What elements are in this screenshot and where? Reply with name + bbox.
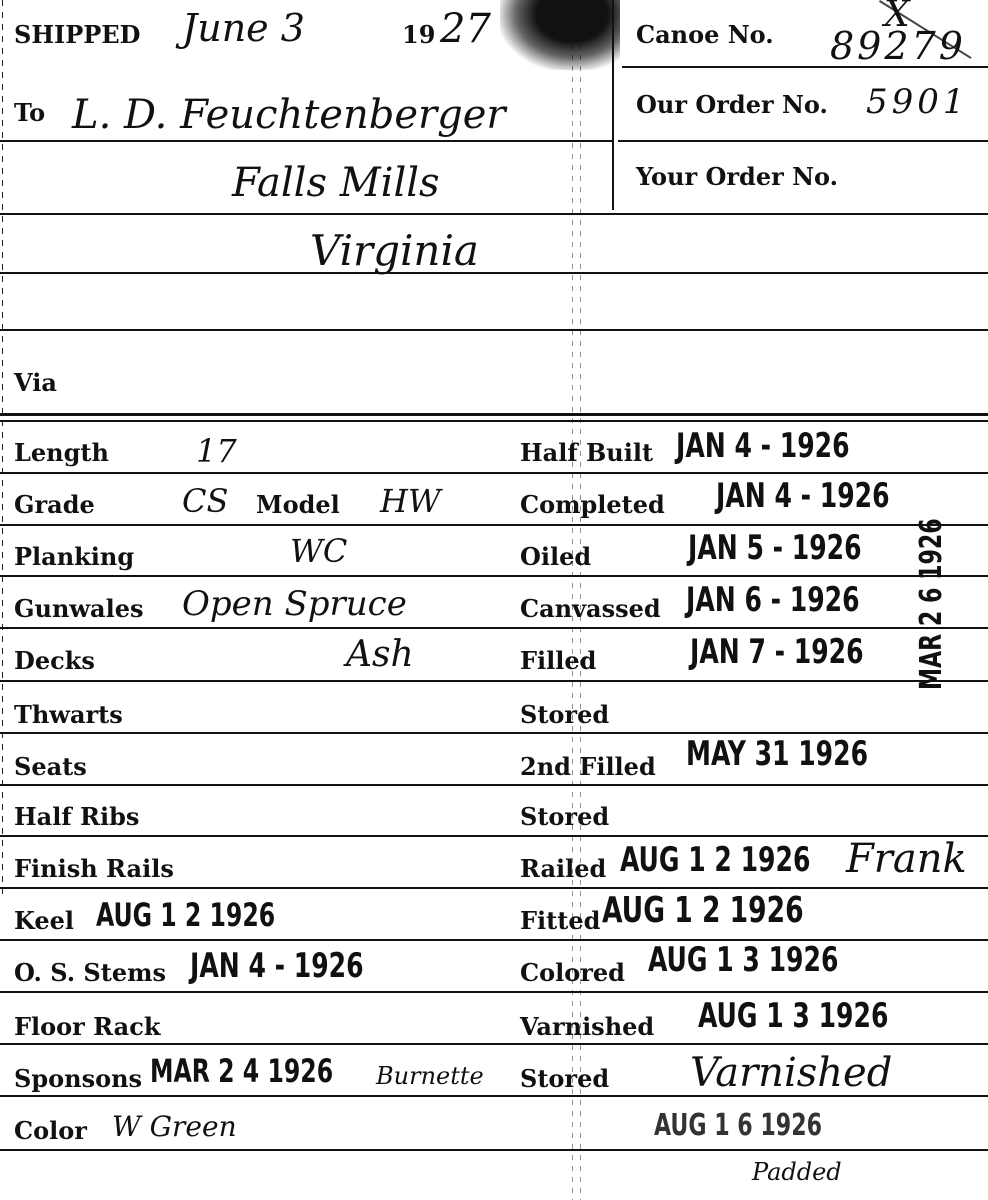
rule	[0, 627, 988, 629]
model-value: HW	[380, 482, 441, 520]
keel-stamp: AUG 1 2 1926	[96, 896, 275, 934]
canoe-build-record-card: SHIPPED June 3 19 27 Canoe No. 89279 X O…	[0, 0, 988, 1200]
finish-rails-label: Finish Rails	[14, 854, 174, 883]
sponsons-signature: Burnette	[376, 1062, 484, 1090]
completed-stamp: JAN 4 - 1926	[716, 476, 890, 516]
stored-label-3: Stored	[520, 1064, 609, 1093]
left-card-edge	[2, 0, 3, 900]
filled-stamp: JAN 7 - 1926	[690, 632, 864, 672]
rule	[0, 140, 612, 142]
shipped-date: June 3	[182, 6, 305, 50]
canoe-no-label: Canoe No.	[636, 20, 774, 49]
rule	[0, 1043, 988, 1045]
grade-label: Grade	[14, 490, 95, 519]
bottom-date-stamp: AUG 1 6 1926	[654, 1108, 822, 1143]
color-label: Color	[14, 1116, 87, 1145]
rule	[0, 887, 988, 889]
color-value: W Green	[112, 1110, 237, 1143]
rule	[0, 472, 988, 474]
rule	[0, 213, 988, 215]
rotated-date-stamp: MAR 2 6 1926	[914, 518, 949, 690]
sponsons-label: Sponsons	[14, 1064, 142, 1093]
header-divider	[612, 0, 614, 210]
canvassed-stamp: JAN 6 - 1926	[686, 580, 860, 620]
decks-label: Decks	[14, 646, 95, 675]
model-label: Model	[256, 490, 340, 519]
length-value: 17	[196, 432, 237, 470]
to-label: To	[14, 98, 45, 127]
second-filled-stamp: MAY 31 1926	[686, 734, 868, 774]
ink-smudge	[500, 0, 620, 70]
half-built-label: Half Built	[520, 438, 653, 467]
varnished-label: Varnished	[520, 1012, 654, 1041]
rule	[0, 680, 988, 682]
to-state: Virginia	[310, 226, 479, 275]
keel-label: Keel	[14, 906, 74, 935]
colored-stamp: AUG 1 3 1926	[648, 940, 838, 980]
canvassed-label: Canvassed	[520, 594, 661, 623]
canoe-check-mark: X	[884, 0, 910, 35]
os-stems-label: O. S. Stems	[14, 958, 166, 987]
rule	[0, 991, 988, 993]
double-rule-bottom	[0, 420, 988, 422]
half-built-stamp: JAN 4 - 1926	[676, 426, 850, 466]
half-ribs-label: Half Ribs	[14, 802, 139, 831]
rule	[622, 66, 988, 68]
via-label: Via	[14, 368, 57, 397]
railed-stamp: AUG 1 2 1926	[620, 840, 810, 880]
shipped-label: SHIPPED	[14, 20, 140, 49]
our-order-value: 5901	[866, 82, 969, 122]
our-order-label: Our Order No.	[636, 90, 828, 119]
completed-label: Completed	[520, 490, 665, 519]
rule	[0, 784, 988, 786]
length-label: Length	[14, 438, 109, 467]
stored-varnished-signature: Varnished	[690, 1050, 892, 1096]
shipped-year-suffix: 27	[440, 6, 491, 52]
rule	[0, 835, 988, 837]
fitted-label: Fitted	[520, 906, 600, 935]
stored-label-1: Stored	[520, 700, 609, 729]
filled-label: Filled	[520, 646, 596, 675]
rule	[0, 524, 988, 526]
railed-label: Railed	[520, 854, 606, 883]
stored-label-2: Stored	[520, 802, 609, 831]
varnished-stamp: AUG 1 3 1926	[698, 996, 888, 1036]
double-rule-top	[0, 413, 988, 416]
fitted-stamp: AUG 1 2 1926	[602, 890, 804, 931]
rule	[618, 140, 988, 142]
seats-label: Seats	[14, 752, 87, 781]
sponsons-stamp: MAR 2 4 1926	[150, 1052, 333, 1090]
oiled-label: Oiled	[520, 542, 591, 571]
gunwales-value: Open Spruce	[182, 584, 407, 624]
decks-value: Ash	[346, 634, 414, 675]
gunwales-label: Gunwales	[14, 594, 144, 623]
railed-signature: Frank	[846, 836, 967, 882]
rule	[0, 272, 988, 274]
planking-value: WC	[290, 532, 347, 570]
colored-label: Colored	[520, 958, 625, 987]
rule	[0, 329, 988, 331]
to-city: Falls Mills	[232, 160, 440, 206]
thwarts-label: Thwarts	[14, 700, 123, 729]
shipped-year-prefix: 19	[402, 20, 435, 49]
your-order-label: Your Order No.	[636, 162, 838, 191]
to-name: L. D. Feuchtenberger	[72, 92, 506, 138]
floor-rack-label: Floor Rack	[14, 1012, 160, 1041]
rule	[0, 939, 988, 941]
os-stems-stamp: JAN 4 - 1926	[190, 946, 364, 986]
bottom-signature: Padded	[752, 1158, 842, 1186]
planking-label: Planking	[14, 542, 134, 571]
grade-value: CS	[182, 482, 228, 520]
second-filled-label: 2nd Filled	[520, 752, 656, 781]
rule	[0, 575, 988, 577]
oiled-stamp: JAN 5 - 1926	[688, 528, 862, 568]
rule	[0, 1149, 988, 1151]
